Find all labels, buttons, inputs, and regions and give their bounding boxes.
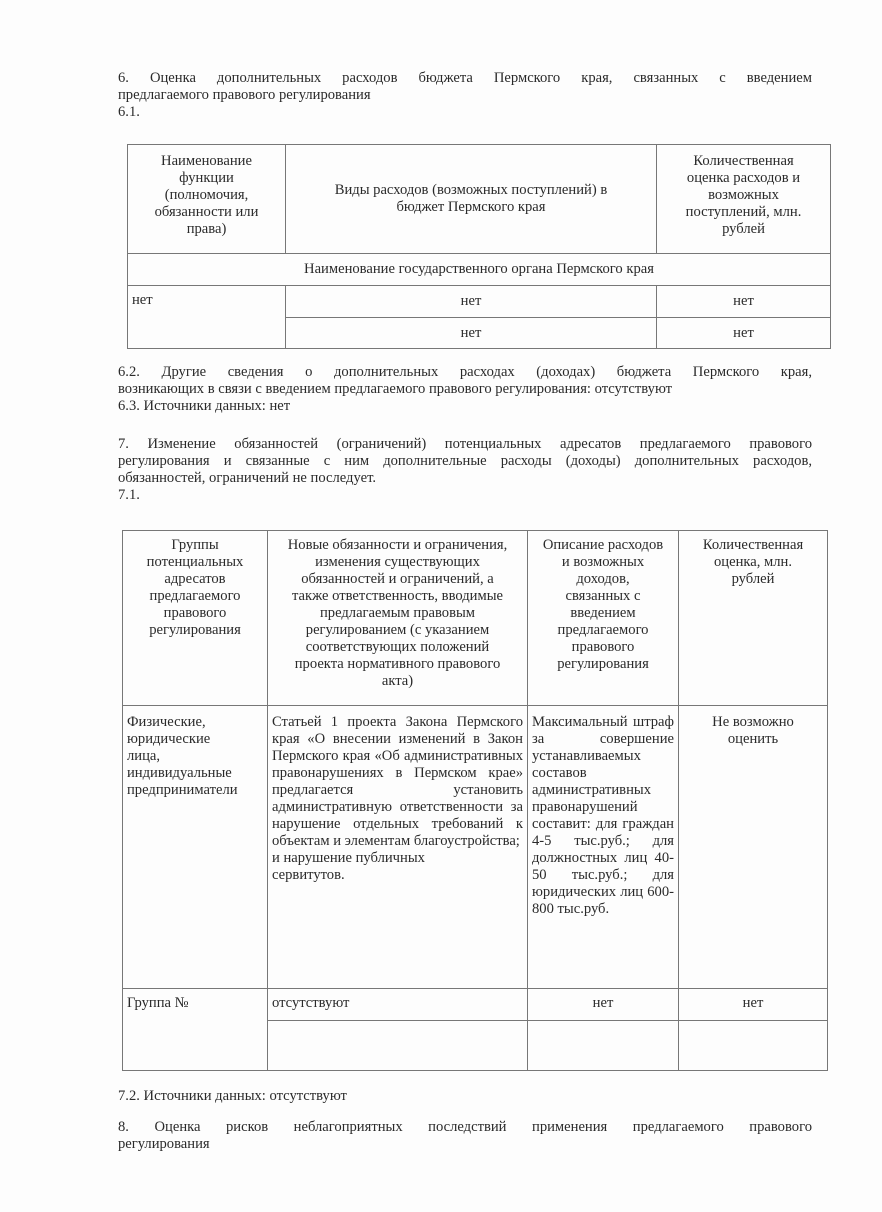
section-6-2-line1: 6.2. Другие сведения о дополнительных ра… (118, 364, 812, 381)
section-8-heading: 8. Оценка рисков неблагоприятных последс… (118, 1119, 812, 1153)
header-quantitative-estimate: Количественная оценка расходов и возможн… (657, 145, 831, 254)
section-7-heading: 7. Изменение обязанностей (ограничений) … (118, 436, 812, 504)
section-7-line3: обязанностей, ограничений не последует. (118, 470, 812, 487)
header-new-obligations: Новые обязанности и ограничения, изменен… (268, 531, 528, 706)
table-row: Группа № отсутствуют нет нет (123, 989, 828, 1021)
table-6-1: Наименование функции (полномочия, обязан… (127, 144, 831, 349)
expense-cell: нет (286, 286, 657, 318)
estimate-cell (679, 1021, 828, 1071)
obligations-text: Статьей 1 проекта Закона Пермского края … (272, 714, 523, 850)
org-row: Наименование государственного органа Пер… (128, 254, 831, 286)
obligations-cell (268, 1021, 528, 1071)
table-header-row: Наименование функции (полномочия, обязан… (128, 145, 831, 254)
expense-cell: нет (286, 318, 657, 349)
header-quantitative-estimate: Количественная оценка, млн. рублей (679, 531, 828, 706)
section-7-line1: 7. Изменение обязанностей (ограничений) … (118, 436, 812, 453)
table-row: Физические, юридические лица, индивидуал… (123, 706, 828, 989)
header-addressee-groups: Группы потенциальных адресатов предлагае… (123, 531, 268, 706)
expenses-cell (528, 1021, 679, 1071)
function-cell: нет (128, 286, 286, 349)
section-7-1-label: 7.1. (118, 487, 812, 504)
table-7-1: Группы потенциальных адресатов предлагае… (122, 530, 828, 1071)
section-7-line2: регулирования и связанные с ним дополнит… (118, 453, 812, 470)
obligations-cell: Статьей 1 проекта Закона Пермского края … (268, 706, 528, 989)
obligations-cell: отсутствуют (268, 989, 528, 1021)
section-8-line2: регулирования (118, 1136, 812, 1153)
header-function: Наименование функции (полномочия, обязан… (128, 145, 286, 254)
estimate-cell: нет (679, 989, 828, 1021)
header-expense-description: Описание расходов и возможных доходов, с… (528, 531, 679, 706)
table-header-row: Группы потенциальных адресатов предлагае… (123, 531, 828, 706)
section-7-2-text: 7.2. Источники данных: отсутствуют (118, 1088, 812, 1105)
section-8-line1: 8. Оценка рисков неблагоприятных последс… (118, 1119, 812, 1136)
section-7-2: 7.2. Источники данных: отсутствуют (118, 1088, 812, 1105)
expenses-cell: нет (528, 989, 679, 1021)
estimate-cell: нет (657, 318, 831, 349)
section-6-heading-line1: 6. Оценка дополнительных расходов бюджет… (118, 70, 812, 87)
org-name-cell: Наименование государственного органа Пер… (128, 254, 831, 286)
expenses-cell: Максимальный штраф за совершение устанав… (528, 706, 679, 989)
estimate-cell: нет (657, 286, 831, 318)
section-6-heading-line2: предлагаемого правового регулирования (118, 87, 812, 104)
group-cell: Физические, юридические лица, индивидуал… (123, 706, 268, 989)
section-6-3: 6.3. Источники данных: нет (118, 398, 812, 415)
section-6-2-line2: возникающих в связи с введением предлага… (118, 381, 812, 398)
table-row: нет нет нет (128, 286, 831, 318)
section-6-heading: 6. Оценка дополнительных расходов бюджет… (118, 70, 812, 121)
estimate-cell: Не возможно оценить (679, 706, 828, 989)
header-expense-types: Виды расходов (возможных поступлений) в … (286, 145, 657, 254)
obligations-text-tail: и нарушение публичных сервитутов. (272, 850, 523, 884)
section-6-2: 6.2. Другие сведения о дополнительных ра… (118, 364, 812, 415)
document-page: 6. Оценка дополнительных расходов бюджет… (0, 0, 882, 1212)
group-cell: Группа № (123, 989, 268, 1071)
section-6-1-label: 6.1. (118, 104, 812, 121)
